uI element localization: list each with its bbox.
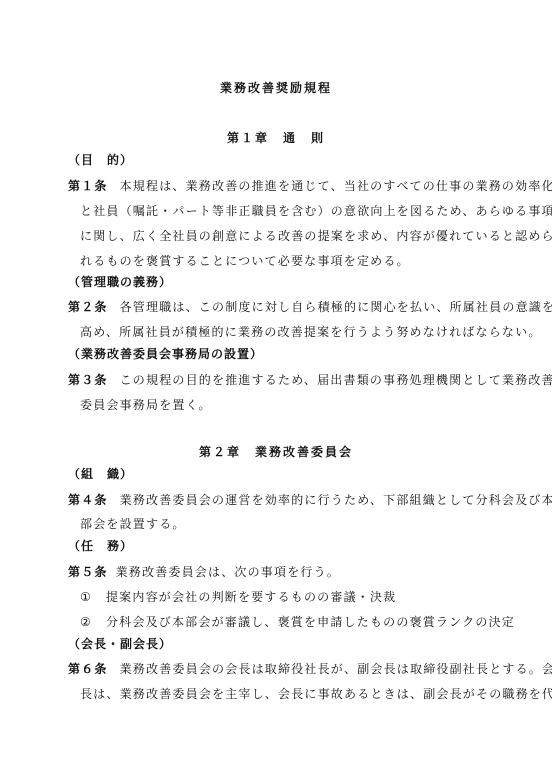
article-6-line-1: 第６条業務改善委員会の会長は取締役社長が、副会長は取締役副社長とする。会 [68, 662, 552, 676]
article-1-line-4: れるものを褒賞することについて必要な事項を定める。 [80, 254, 410, 268]
article-2-caption: （管理職の義務） [68, 275, 172, 289]
article-3-line-1: 第３条この規程の目的を推進するため、届出書類の事務処理機関として業務改善 [68, 373, 552, 387]
article-6-line-2: 長は、業務改善委員会を主宰し、会長に事故あるときは、副会長がその職務を代 [80, 687, 552, 701]
article-1-line-2: と社員（嘱託・パート等非正職員を含む）の意欲向上を図るため、あらゆる事項 [80, 204, 552, 218]
chapter-2-heading: 第２章 業務改善委員会 [0, 445, 552, 459]
article-4-caption: （組 織） [68, 467, 133, 481]
article-4-line-2: 部会を設置する。 [80, 517, 186, 531]
article-2-line-2: 高め、所属社員が積極的に業務の改善提案を行うよう努めなければならない。 [80, 325, 542, 339]
item-2-text: 分科会及び本部会が審議し、褒賞を申請したものの褒賞ランクの決定 [106, 615, 515, 629]
article-1-text: 本規程は、業務改善の推進を通じて、当社のすべての仕事の業務の効率化 [120, 179, 552, 193]
article-5-caption: （任 務） [68, 539, 133, 553]
article-2-line-1: 第２条各管理職は、この制度に対し自ら積極的に関心を払い、所属社員の意識を [68, 300, 552, 314]
article-1-line-1: 第１条本規程は、業務改善の推進を通じて、当社のすべての仕事の業務の効率化 [68, 179, 552, 193]
article-6-number: 第６条 [68, 662, 108, 676]
article-3-number: 第３条 [68, 373, 108, 387]
article-5-item-2: ②分科会及び本部会が審議し、褒賞を申請したものの褒賞ランクの決定 [80, 615, 515, 629]
article-3-caption: （業務改善委員会事務局の設置） [68, 347, 263, 361]
article-4-number: 第４条 [68, 493, 108, 507]
article-2-number: 第２条 [68, 300, 108, 314]
article-5-line-1: 第５条業務改善委員会は、次の事項を行う。 [68, 565, 340, 579]
article-1-line-3: に関し、広く全社員の創意による改善の提案を求め、内容が優れていると認めら [80, 229, 552, 243]
article-2-text: 各管理職は、この制度に対し自ら積極的に関心を払い、所属社員の意識を [120, 300, 552, 314]
article-3-line-2: 委員会事務局を置く。 [80, 398, 212, 412]
article-4-text: 業務改善委員会の運営を効率的に行うため、下部組織として分科会及び本 [120, 493, 552, 507]
article-1-number: 第１条 [68, 179, 108, 193]
chapter-1-heading: 第１章 通 則 [0, 131, 552, 145]
article-5-item-1: ①提案内容が会社の判断を要するものの審議・決裁 [80, 590, 396, 604]
document-title: 業務改善奨励規程 [0, 81, 552, 95]
article-6-text: 業務改善委員会の会長は取締役社長が、副会長は取締役副社長とする。会 [120, 662, 552, 676]
item-2-mark: ② [80, 615, 92, 629]
article-6-caption: （会長・副会長） [68, 637, 172, 651]
article-5-number: 第５条 [68, 565, 108, 579]
article-4-line-1: 第４条業務改善委員会の運営を効率的に行うため、下部組織として分科会及び本 [68, 493, 552, 507]
item-1-text: 提案内容が会社の判断を要するものの審議・決裁 [106, 590, 396, 604]
article-3-text: この規程の目的を推進するため、届出書類の事務処理機関として業務改善 [120, 373, 552, 387]
article-5-text: 業務改善委員会は、次の事項を行う。 [116, 565, 340, 579]
article-1-caption: （目 的） [68, 153, 133, 167]
item-1-mark: ① [80, 590, 92, 604]
